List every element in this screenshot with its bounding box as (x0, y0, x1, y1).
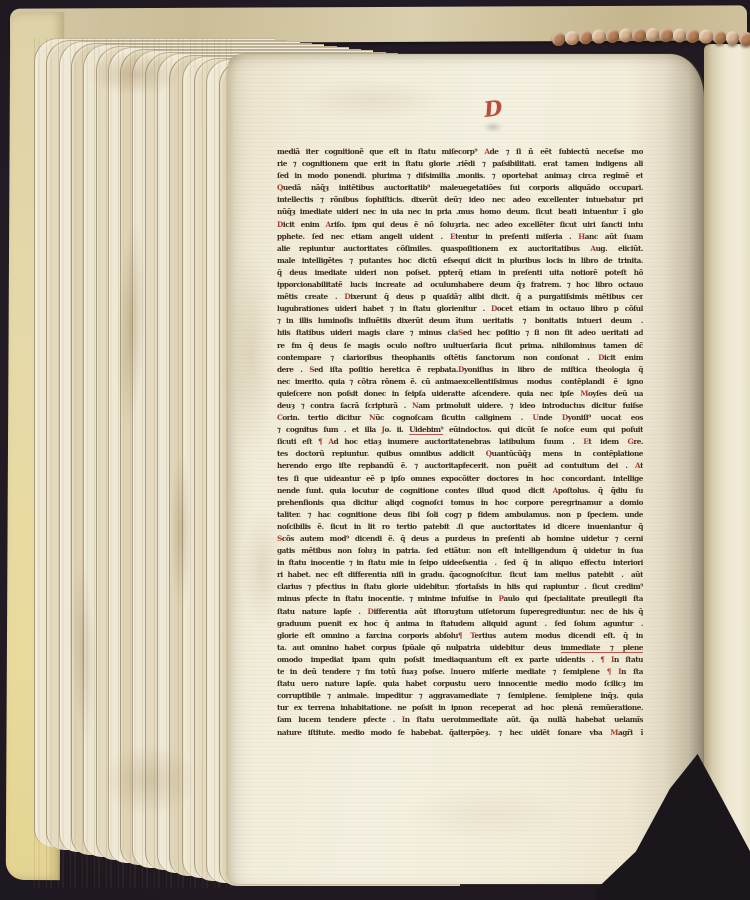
text-line: hiis ſtatibus uideri magis clare ⁊ minus… (277, 327, 458, 339)
rubricated-text: D (491, 304, 497, 313)
stain (262, 70, 482, 130)
text-line: minus pfecte in ſtatu inocentie. ⁊ minim… (277, 593, 458, 605)
text-line: habere deum q̃ȝ fratrem. ⁊ hoc libro oct… (458, 279, 643, 291)
rubricated-text: D (344, 292, 350, 301)
ink-offset-smudge (480, 120, 506, 134)
rubricated-text: Q (486, 449, 492, 458)
text-line: corp⁹ Ade ⁊ ſi ñ eẽt ſubiectũ neceſse mo (458, 146, 643, 158)
text-line: tenebras latibulum ſuum . Et idem Gre. (458, 436, 643, 448)
text-line: quantum eſt ex parte uidentis . ¶ In ſta… (458, 654, 643, 666)
rubricated-text: ¶ (607, 667, 611, 676)
text-line: tum uiſetorum ſuperegrediuntur. nec de h… (458, 606, 643, 618)
rubricated-text: E (450, 232, 455, 241)
endband-bead (632, 28, 645, 42)
text-line: dere . Sed iſta poſitio heretica ẽ repba… (277, 364, 458, 376)
rubricated-text: G (628, 437, 634, 446)
text-line: prehenſionis qua dicitur aliqd cognoſci … (277, 497, 458, 509)
text-line: nũq̃ȝ imediate uideri nec in uia nec in … (277, 206, 458, 218)
photo-of-open-book: D mediã iter cognitionẽ que eſt in ſtatu… (0, 0, 750, 900)
endband-bead (673, 28, 686, 42)
text-line: q̃ deus imediate uideri non poſset. ppte… (277, 267, 458, 279)
text-line: q̃ etiam in preſenti uita notiorẽ poteſt… (458, 267, 643, 279)
text-line: non receperat ad hoc plenã remũeratione. (458, 702, 643, 714)
text-line: ria. nec adeo excellẽter ſicut uiri ſanc… (458, 219, 643, 231)
rubricated-text: A (328, 437, 333, 446)
text-line: ⁊ ideo nec adeo excellenter intuebatur p… (458, 194, 643, 206)
rubricated-text: A (590, 244, 595, 253)
text-line: ſtatu uero nature lapſe. quia habet corp… (277, 678, 458, 690)
text-line: tes doctorũ repiuntur. quibus omnibus ad (277, 448, 458, 460)
text-line: uegetatiões ſui corporis aliquãdo occupa… (458, 182, 643, 194)
rubricated-text: E (583, 437, 588, 446)
endband-bead (552, 32, 565, 46)
rubricated-text: I (611, 655, 614, 664)
rubricated-text: A (326, 220, 331, 229)
rubricated-text: A (635, 461, 640, 470)
rubricated-text: A (484, 147, 489, 156)
text-line: ri habet. nec eſt differentia niſi in gr… (277, 569, 458, 581)
text-line: cognoſcitur. ſicut iam melius patebit . … (458, 569, 643, 581)
left-text-column: mediã iter cognitionẽ que eſt in ſtatu m… (277, 146, 458, 744)
text-line: luit uidere. ⁊ ideo introductus dicitur … (458, 400, 643, 412)
rubricated-text: ¶ (600, 655, 604, 664)
rubricated-text: D (277, 220, 283, 229)
rubricated-text: S (309, 365, 314, 374)
rubricated-text: N (412, 401, 418, 410)
text-line: excellentiſsimus modus contẽplandi ẽ ign… (458, 376, 643, 388)
rubricated-text: H (578, 232, 584, 241)
text-line: omodo impediat ipam quin poſsit imedia (277, 654, 458, 666)
text-line: noſcibilis ẽ. ſicut in lit ro tertio pat… (277, 521, 458, 533)
text-line: ſam lucem tendere pfecte . In ſtatu uero (277, 714, 458, 726)
rubricated-text: A (553, 486, 558, 495)
endband-bead (565, 31, 578, 45)
text-line: lugubrationes uideri habet ⁊ in ſtatu gl… (277, 303, 458, 315)
text-line: immediate aũt. q̃a nullã habebat uelamĩs (458, 714, 643, 726)
rubricated-text: D (458, 365, 464, 374)
text-line: iterpõeȝ. ⁊ hec uidẽt ſonare vba Magr̃i … (458, 727, 643, 739)
text-line: ⁊ cognitus ſum . et illa Jo. ii. Uidebim… (277, 424, 458, 436)
rubricated-text: S (277, 534, 282, 543)
endband-bead (726, 31, 739, 45)
text-line: ipporcionabilitatẽ lucis increate ad ocu… (277, 279, 458, 291)
facing-page-edge (704, 44, 750, 870)
text-line: riẽdi ⁊ paſsibilitati. erat tamen indige… (458, 158, 643, 170)
rubricated-text: M (580, 389, 588, 398)
right-text-column: corp⁹ Ade ⁊ ſi ñ eẽt ſubiectũ neceſse mo… (458, 146, 643, 744)
text-line: uero miſerie mediate ⁊ ſemiplene ¶ In ſt… (458, 666, 643, 678)
text-line: mẽtis create . Dixerunt q̃ deus p quaſdã (277, 291, 458, 303)
quire-signature-mark: D (483, 95, 504, 122)
text-line: graduum puenit ex hoc q̃ anima in ſtatu (277, 618, 458, 630)
text-line: taliter. ⁊ hac cognitione deus ſibi ſoli… (277, 509, 458, 521)
endband-bead (699, 30, 712, 44)
text-line: glorie eſt omnino a farcina corporis abſ… (277, 630, 458, 642)
endband-bead (579, 30, 592, 44)
text-line: contempare ⁊ clarioribus theophaniis oſt… (277, 352, 458, 364)
text-line: ſicuti eſt ¶ Ad hoc etiaȝ inumere auctor… (277, 436, 458, 448)
rubricated-text: U (533, 413, 539, 422)
text-line: in caliginem . Unde Dyoniſi⁹ uocat eos (458, 412, 643, 424)
text-line: ſi que auctoritates id dicere inueniantu… (458, 521, 643, 533)
text-line: dem aliquid agunt . ſed ſolum aguntur . (458, 618, 643, 630)
rubricated-text: J (382, 425, 385, 434)
text-line: mus homo deum. ſicut beati intuentur ĩ g… (458, 206, 643, 218)
rubricated-text: T (470, 631, 474, 640)
text-line: dicit Quantũcũq̃ȝ mens in contẽplatione (458, 448, 643, 460)
text-line: re fm q̃ deus ſe magis oculo noſtro uult (277, 340, 458, 352)
rubricated-text: D (598, 353, 604, 362)
text-line: mediã iter cognitionẽ que eſt in ſtatu m… (277, 146, 458, 158)
text-line: nec imerito. quia ⁊ cõtra rõnem ẽ. cũ an… (277, 376, 458, 388)
rubricated-text: ¶ (458, 631, 462, 640)
text-line: te aſcendere. quia nec ipſe Moyſes deũ u… (458, 388, 643, 400)
text-line: tes ſi que uideantur eẽ p ipſo omnes exp… (277, 473, 458, 485)
endband-bead (659, 28, 672, 42)
text-line: corruptibile ⁊ animale. impeditur ⁊ aggr… (277, 690, 458, 702)
text-line: nende ſunt. quia locutur de cognitione c… (277, 485, 458, 497)
text-line: Scõs autem mod⁹ dicendi ẽ. q̃ deus a pur (277, 533, 458, 545)
text-line: mus in hoc corpore peregrinamur a domio (458, 497, 643, 509)
text-line: tis ſanctorum non conſonat . Dicit enim (458, 352, 643, 364)
rubricated-text: I (618, 667, 621, 676)
rubricated-text: ¶ (318, 437, 322, 446)
text-line: ⁊ p fidem ambulamus. non p ſpeciem. unde (458, 509, 643, 521)
text-line: deuȝ ⁊ contra ſacrã ſcripturã . Nam prim… (277, 400, 458, 412)
rubricated-text: P (498, 594, 503, 603)
rubricated-text: D (562, 413, 568, 422)
text-line: entur in preſenti miſeria . Hanc aũt ſua… (458, 231, 643, 243)
rubricated-text: I (402, 715, 405, 724)
text-line: cõiter doctores in hoc concordant. intel… (458, 473, 643, 485)
text-line: eſsentia . ſed q̃ in aliquo effectu inte… (458, 557, 643, 569)
text-line: qui dicit in pluribus locis in libro de … (458, 255, 643, 267)
text-line: tum ueritatis ⁊ bonitatis intueri deum . (458, 315, 643, 327)
rubricated-text: M (610, 728, 618, 737)
text-line: patria uidebitur deus immediate ⁊ plene (458, 642, 643, 654)
text-line: tur. non eſt intelligendum q̃ uidetur in… (458, 545, 643, 557)
red-underlined-text: Uidebim⁹ (409, 425, 443, 435)
text-line: quieſcere non poſsit donec in ſeipſa uid… (277, 388, 458, 400)
text-line: pfecerit. non puẽit ad contuitum dei . A… (458, 460, 643, 472)
text-line: nature iſtitute. medio modo ſe habebat. … (277, 727, 458, 739)
endband-bead (713, 30, 726, 44)
rubricated-text: Q (277, 183, 283, 192)
endband-bead (739, 32, 750, 46)
text-line: tu uero innocentie medio modo ſcilicȝ im (458, 678, 643, 690)
endband-bead (592, 30, 605, 44)
text-line: Quedã nãq̃ȝ initẽtibus auctoritatib⁹ mal… (277, 182, 458, 194)
text-line: in ſtatu inocentie ⁊ in ſtatu mie in ſei… (277, 557, 458, 569)
text-line: ta. aut omnino habet corpus ſpũale qõ nu… (277, 642, 458, 654)
text-line: Corin. tertio dicitur Nũc cognoſcam ſicu… (277, 412, 458, 424)
rubricated-text: I (450, 667, 453, 676)
rubricated-text: N (369, 413, 375, 422)
text-line: ſtatu nature lapſe . Differentia aũt iſt… (277, 606, 458, 618)
text-line: ¶ Tertius autem modus dicendi eſt. q̃ in (458, 630, 643, 642)
text-line: Sed hec poſitio ⁊ ſi non ſit adeo uerita… (458, 327, 643, 339)
text-line: Dicit enim Ariſo. ipm qui deus ẽ nõ ſolu… (277, 219, 458, 231)
text-line: mediate ⁊ ſemiplene. ſemiplene inq̃ȝ. qu… (458, 690, 643, 702)
text-line: tur ex terrena inhabitatione. ne poſsit … (277, 702, 458, 714)
endband-bead (686, 29, 699, 43)
endband-bead (606, 29, 619, 43)
text-line: fuiſse in Paulo qui ſpecialitate preuile… (458, 593, 643, 605)
text-line: fortaſsis in hiis qui rapiuntur . ſicut … (458, 581, 643, 593)
endband (552, 27, 750, 51)
text-line: herendo ergo iſte repbandũ ẽ. ⁊ auctorit… (277, 460, 458, 472)
rubricated-text: D (368, 607, 374, 616)
text-line: ⁊ in illis luminoſis influẽtiis dixerũt … (277, 315, 458, 327)
text-line: clarius ⁊ pfectius in ſtatu glorie uideb… (277, 581, 458, 593)
text-line: indoctos. qui dicũt ſe noſce eum qui poſ… (458, 424, 643, 436)
endband-bead (646, 28, 659, 42)
text-line: tes illud quod dicit Apoſtolus. q̃ q̃diu… (458, 485, 643, 497)
stain (368, 774, 608, 854)
rubricated-text: S (458, 328, 463, 337)
text-line: nitur . Docet etiam in octauo libro p cõ… (458, 303, 643, 315)
text-line: pphete. ſed nec etiam angeli uident . Et (277, 231, 458, 243)
text-line: poſitionem ex auctoritatibus Aug. eliciũ… (458, 243, 643, 255)
text-line: uerſaria ſicut prima. nihilominus tamen … (458, 340, 643, 352)
rubricated-text: C (277, 413, 282, 422)
text-line: moniis. ⁊ oportebat animaȝ circa regimẽ … (458, 170, 643, 182)
open-page: D mediã iter cognitionẽ que eſt in ſtatu… (228, 54, 704, 884)
text-line: gatis mẽtibus non ſoluȝ in patria. ſed e… (277, 545, 458, 557)
text-line: alie repiuntur auctoritates cõſimiles. q… (277, 243, 458, 255)
text-line: deus in preſenti ab homine uidetur ⁊ cer… (458, 533, 643, 545)
text-line: ⁊ alibi dicit. q̃ a purgatiſsimis mẽtibu… (458, 291, 643, 303)
text-line: Dyoniſius in libro de miſtica theologia … (458, 364, 643, 376)
text-line: ſed in modo ponendi. plurima ⁊ diſsimili… (277, 170, 458, 182)
text-line: rie ⁊ cognitionem que erit in ſtatu glor… (277, 158, 458, 170)
text-line: te in deũ tendere ⁊ fm totũ ſuaȝ poſse. … (277, 666, 458, 678)
red-underlined-text: immediate ⁊ plene (561, 643, 643, 653)
endband-bead (619, 28, 632, 42)
text-line: intellectis ⁊ rõnibus ſophiſticis. dixer… (277, 194, 458, 206)
text-line: male intelligẽtes ⁊ putantes hoc dictũ e… (277, 255, 458, 267)
